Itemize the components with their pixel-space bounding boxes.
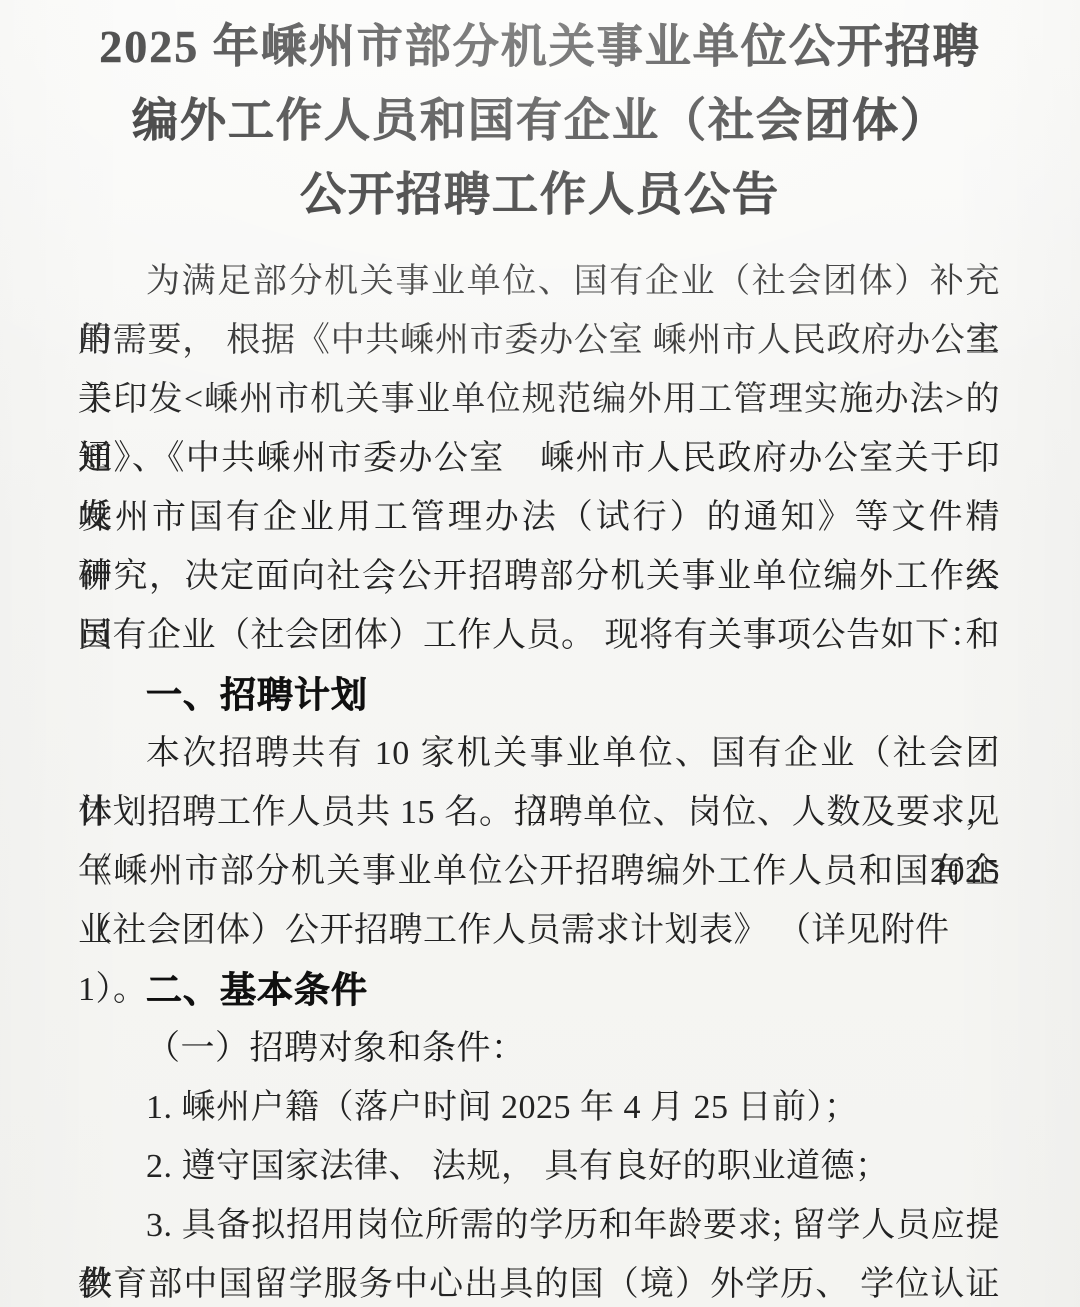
condition-item: 教育部中国留学服务中心出具的国（境）外学历、 学位认证书；	[78, 1255, 1000, 1307]
document-body: 为满足部分机关事业单位、国有企业（社会团体）补充用工 的需要， 根据《中共嵊州市…	[0, 232, 1080, 1307]
intro-line: 为满足部分机关事业单位、国有企业（社会团体）补充用工	[78, 252, 1000, 311]
intro-line: 研究，决定面向社会公开招聘部分机关事业单位编外工作人员和	[78, 547, 1000, 606]
announcement-document-page: 2025 年嵊州市部分机关事业单位公开招聘 编外工作人员和国有企业（社会团体） …	[0, 0, 1080, 1307]
section-1-heading: 一、招聘计划	[78, 665, 1000, 724]
intro-line: 知》、《中共嵊州市委办公室 嵊州市人民政府办公室关于印发	[78, 429, 1000, 488]
plan-line: 年嵊州市部分机关事业单位公开招聘编外工作人员和国有企业	[78, 842, 1000, 901]
section-2-subheading: （一）招聘对象和条件：	[78, 1019, 1000, 1078]
section-2-heading: 二、基本条件	[78, 960, 1000, 1019]
title-line-1: 2025 年嵊州市部分机关事业单位公开招聘	[0, 10, 1080, 84]
condition-item: 2. 遵守国家法律、 法规， 具有良好的职业道德；	[78, 1137, 1000, 1196]
document-title: 2025 年嵊州市部分机关事业单位公开招聘 编外工作人员和国有企业（社会团体） …	[0, 0, 1080, 232]
intro-line: 国有企业（社会团体）工作人员。 现将有关事项公告如下：	[78, 606, 1000, 665]
plan-line: （社会团体）公开招聘工作人员需求计划表》 （详见附件 1）。	[78, 901, 1000, 960]
plan-line: 计划招聘工作人员共 15 名。招聘单位、岗位、人数及要求见《2025	[78, 783, 1000, 842]
condition-item: 1. 嵊州户籍（落户时间 2025 年 4 月 25 日前）；	[78, 1078, 1000, 1137]
condition-item: 3. 具备拟招用岗位所需的学历和年龄要求; 留学人员应提供	[78, 1196, 1000, 1255]
intro-line: 于印发<嵊州市机关事业单位规范编外用工管理实施办法>的通	[78, 370, 1000, 429]
intro-line: 嵊州市国有企业用工管理办法（试行）的通知》等文件精神， 经	[78, 488, 1000, 547]
title-line-3: 公开招聘工作人员公告	[0, 158, 1080, 232]
intro-line: 的需要， 根据《中共嵊州市委办公室 嵊州市人民政府办公室关	[78, 311, 1000, 370]
title-line-2: 编外工作人员和国有企业（社会团体）	[0, 84, 1080, 158]
plan-line: 本次招聘共有 10 家机关事业单位、国有企业（社会团体），	[78, 724, 1000, 783]
